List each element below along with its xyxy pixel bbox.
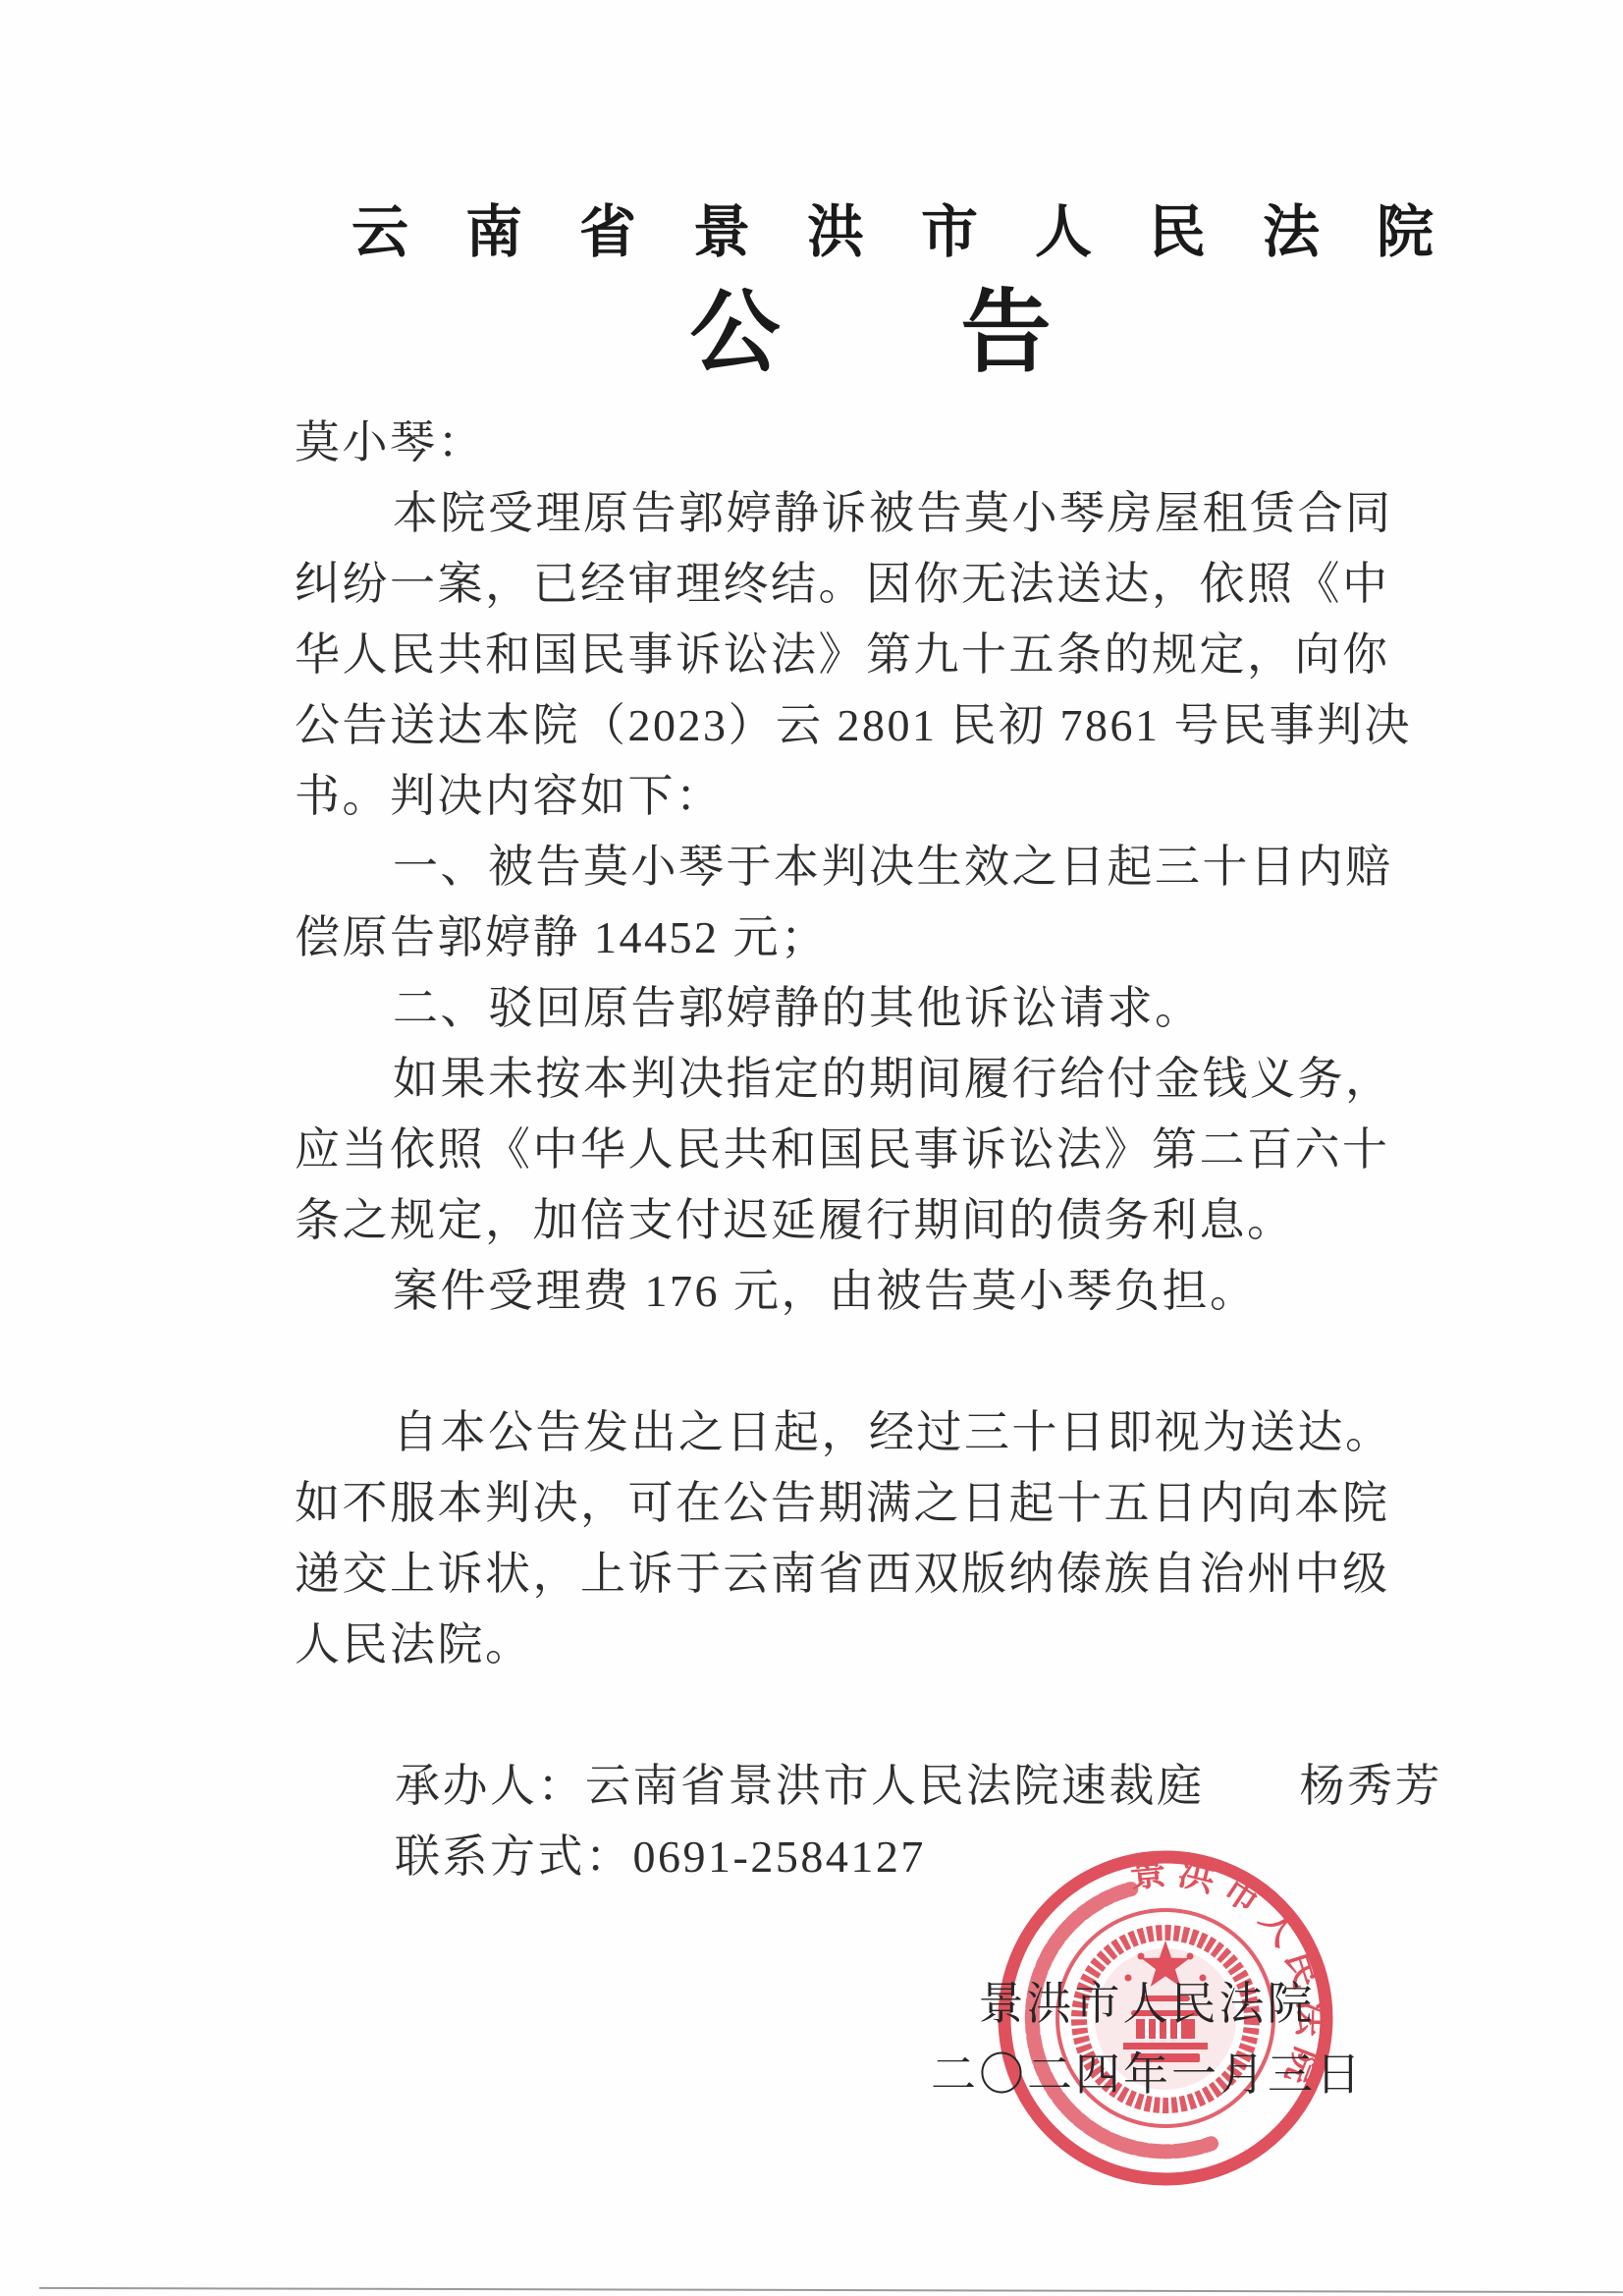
text-line: 递交上诉状，上诉于云南省西双版纳傣族自治州中级 (295, 1539, 1446, 1610)
scan-edge-line (39, 2287, 1623, 2293)
text-line: 偿原告郭婷静 14452 元； (295, 902, 1446, 973)
text-line: 如果未按本判决指定的期间履行给付金钱义务， (295, 1044, 1446, 1115)
text-line (295, 1327, 1446, 1397)
emblem-small-star-icon (1187, 1953, 1194, 1960)
text-line: 本院受理原告郭婷静诉被告莫小琴房屋租赁合同 (295, 478, 1446, 549)
text-line: 应当依照《中华人民共和国民事诉讼法》第二百六十 (295, 1115, 1446, 1185)
text-line: 书。判决内容如下： (295, 761, 1446, 832)
notice-body: 莫小琴： 本院受理原告郭婷静诉被告莫小琴房屋租赁合同 纠纷一案，已经审理终结。因… (295, 408, 1446, 1892)
emblem-small-star-icon (1138, 1953, 1145, 1960)
signature-court-name: 景洪市人民法院 (931, 1969, 1363, 2040)
signature-block: 景洪市人民法院 二〇二四年一月三日 (931, 1969, 1363, 2110)
text-line: 二、驳回原告郭婷静的其他诉讼请求。 (295, 973, 1446, 1044)
notice-title: 公 告 (295, 288, 1446, 378)
text-line: 莫小琴： (295, 408, 1446, 478)
text-line: 公告送达本院（2023）云 2801 民初 7861 号民事判决 (295, 690, 1446, 761)
text-line: 人民法院。 (295, 1610, 1446, 1680)
court-title: 云南省景洪市人民法院 (295, 204, 1446, 261)
text-line: 承办人：云南省景洪市人民法院速裁庭 杨秀芳 (295, 1751, 1446, 1822)
court-notice-page: 云南省景洪市人民法院 公 告 莫小琴： 本院受理原告郭婷静诉被告莫小琴房屋租赁合… (0, 0, 1623, 2296)
text-line: 纠纷一案，已经审理终结。因你无法送达，依照《中 (295, 549, 1446, 620)
text-line: 案件受理费 176 元，由被告莫小琴负担。 (295, 1256, 1446, 1327)
text-line: 华人民共和国民事诉讼法》第九十五条的规定，向你 (295, 620, 1446, 690)
text-line: 一、被告莫小琴于本判决生效之日起三十日内赔 (295, 832, 1446, 902)
text-line (295, 1680, 1446, 1751)
text-line: 条之规定，加倍支付迟延履行期间的债务利息。 (295, 1185, 1446, 1256)
text-line: 自本公告发出之日起，经过三十日即视为送达。 (295, 1397, 1446, 1468)
signature-date: 二〇二四年一月三日 (931, 2040, 1363, 2110)
text-line: 如不服本判决，可在公告期满之日起十五日内向本院 (295, 1468, 1446, 1539)
